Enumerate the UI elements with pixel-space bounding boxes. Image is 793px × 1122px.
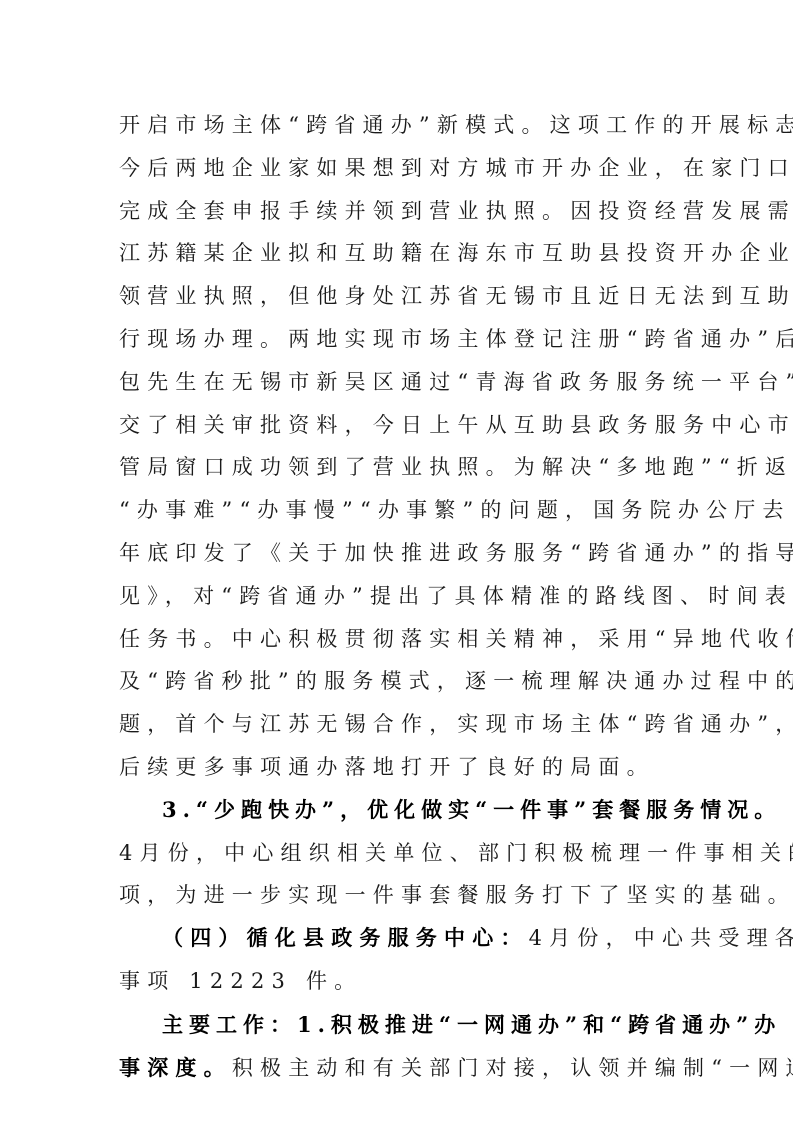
paragraph-line: 完成全套申报手续并领到营业执照。因投资经营发展需要， — [119, 196, 675, 226]
paragraph-line: 题，首个与江苏无锡合作，实现市场主体“跨省通办”，为 — [119, 709, 675, 739]
main-work-heading: 主要工作：1.积极推进“一网通办”和“跨省通办”办 — [162, 1010, 718, 1040]
paragraph-line: 管局窗口成功领到了营业执照。为解决“多地跑”“折返跑” — [119, 452, 675, 482]
paragraph-line: 交了相关审批资料，今日上午从互助县政务服务中心市场监 — [119, 410, 675, 440]
paragraph-line: “办事难”“办事慢”“办事繁”的问题，国务院办公厅去 — [119, 495, 675, 525]
section-4-heading-line: （四）循化县政务服务中心：4月份，中心共受理各类 — [162, 923, 718, 953]
paragraph-line: 领营业执照，但他身处江苏省无锡市且近日无法到互助县进 — [119, 281, 675, 311]
paragraph-line: 后续更多事项通办落地打开了良好的局面。 — [119, 752, 675, 782]
main-work-line: 事深度。积极主动和有关部门对接，认领并编制“一网通办” — [119, 1053, 675, 1083]
paragraph-line: 及“跨省秒批”的服务模式，逐一梳理解决通办过程中的问 — [119, 666, 675, 696]
paragraph-line: 事项 12223 件。 — [119, 966, 675, 996]
section-4-summary: 4月份，中心共受理各类 — [529, 926, 793, 950]
document-page: 开启市场主体“跨省通办”新模式。这项工作的开展标志着 今后两地企业家如果想到对方… — [0, 0, 793, 1122]
main-work-heading-tail: 事深度。 — [119, 1055, 232, 1080]
main-work-text: 积极主动和有关部门对接，认领并编制“一网通办” — [232, 1056, 793, 1080]
paragraph-line: 任务书。中心积极贯彻落实相关精神，采用“异地代收代办” — [119, 624, 675, 654]
paragraph-line: 包先生在无锡市新吴区通过“青海省政务服务统一平台”提 — [119, 367, 675, 397]
paragraph-line: 年底印发了《关于加快推进政务服务“跨省通办”的指导意 — [119, 538, 675, 568]
paragraph-line: 江苏籍某企业拟和互助籍在海东市互助县投资开办企业，申 — [119, 238, 675, 268]
paragraph-line: 项，为进一步实现一件事套餐服务打下了坚实的基础。 — [119, 880, 675, 910]
paragraph-line: 行现场办理。两地实现市场主体登记注册“跨省通办”后， — [119, 324, 675, 354]
section-4-heading: （四）循化县政务服务中心： — [162, 925, 529, 950]
section-3-heading: 3.“少跑快办”，优化做实“一件事”套餐服务情况。 — [162, 795, 718, 825]
paragraph-line: 开启市场主体“跨省通办”新模式。这项工作的开展标志着 — [119, 110, 675, 140]
paragraph-line: 见》，对“跨省通办”提出了具体精准的路线图、时间表和 — [119, 581, 675, 611]
paragraph-line: 4月份，中心组织相关单位、部门积极梳理一件事相关的事 — [119, 838, 675, 868]
paragraph-line: 今后两地企业家如果想到对方城市开办企业，在家门口就可 — [119, 153, 675, 183]
